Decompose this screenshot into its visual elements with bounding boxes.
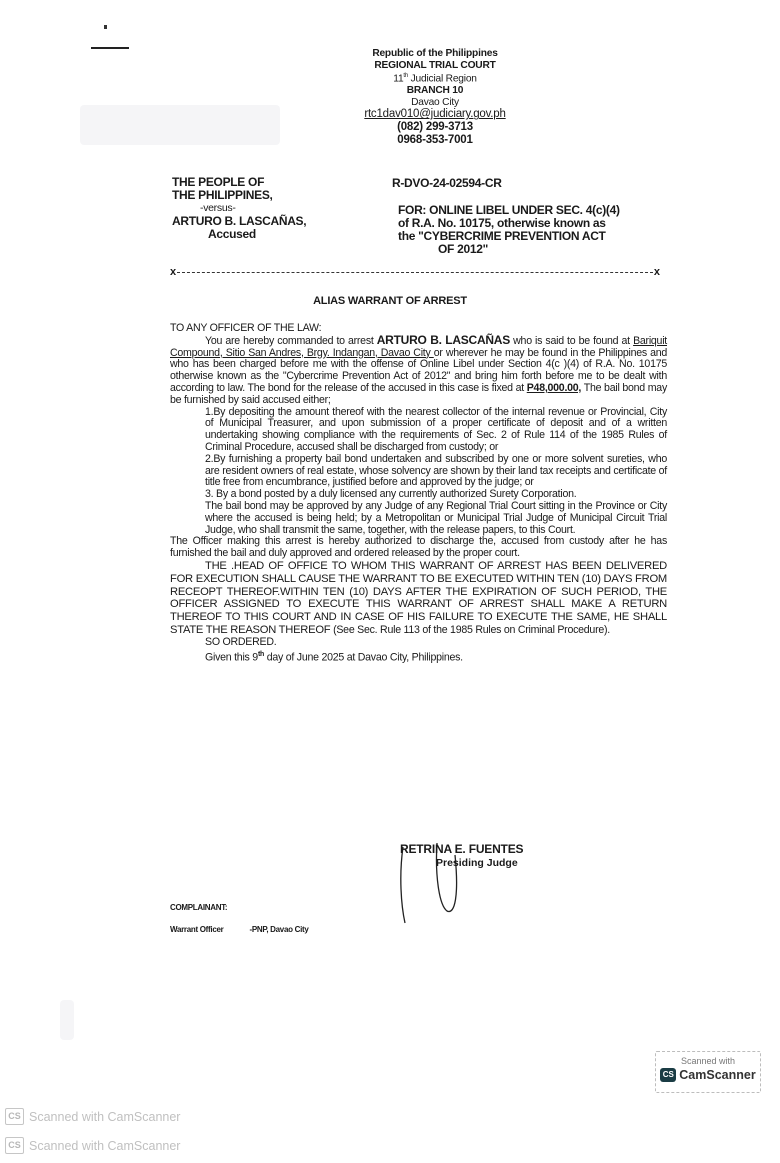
charge-description: FOR: ONLINE LIBEL UNDER SEC. 4(c)(4) of … xyxy=(398,204,658,256)
document-title: ALIAS WARRANT OF ARREST xyxy=(0,295,780,307)
plaintiff-line-2: THE PHILIPPINES, xyxy=(172,189,306,202)
footer-text: Scanned with CamScanner xyxy=(29,1110,180,1124)
text: who is said to be found at xyxy=(510,335,633,347)
court-header: Republic of the Philippines REGIONAL TRI… xyxy=(300,48,570,147)
warrant-body: TO ANY OFFICER OF THE LAW: You are hereb… xyxy=(170,323,667,664)
scan-smudge xyxy=(80,105,280,145)
complainant-officer: Warrant Officer xyxy=(170,925,223,934)
court-phone-landline: (082) 299-3713 xyxy=(300,121,570,134)
camscanner-logo-icon: CS xyxy=(660,1068,676,1082)
footer-text: Scanned with CamScanner xyxy=(29,1139,180,1153)
court-phone-mobile: 0968-353-7001 xyxy=(300,134,570,147)
text: You are hereby commanded to arrest xyxy=(205,335,377,347)
rule-reference: (See Sec. Rule 113 of the 1985 Rules on … xyxy=(330,624,610,636)
camscanner-footer: CS Scanned with CamScanner xyxy=(5,1108,180,1125)
given-text: day of June 2025 at Davao City, Philippi… xyxy=(264,651,463,663)
region-number: 11 xyxy=(393,74,403,85)
judicial-region: 11th Judicial Region xyxy=(300,71,570,85)
execution-instruction: THE .HEAD OF OFFICE TO WHOM THIS WARRANT… xyxy=(170,560,667,637)
branch: BRANCH 10 xyxy=(300,85,570,97)
bail-approval: The bail bond may be approved by any Jud… xyxy=(205,501,667,536)
bail-option-2: 2.By furnishing a property bail bond und… xyxy=(205,454,667,489)
officer-authorization: The Officer making this arrest is hereby… xyxy=(170,536,667,560)
given-date-line: Given this 9th day of June 2025 at Davao… xyxy=(170,649,667,664)
judge-name: RETRINA E. FUENTES xyxy=(400,842,523,856)
case-caption-parties: THE PEOPLE OF THE PHILIPPINES, -versus- … xyxy=(172,176,306,241)
bail-option-1: 1.By depositing the amount thereof with … xyxy=(205,407,667,454)
divider-right-x: x xyxy=(654,266,660,278)
camscanner-badge: Scanned with CS CamScanner xyxy=(655,1051,761,1093)
scan-smudge xyxy=(60,1000,74,1040)
divider-left-x: x xyxy=(170,266,176,278)
charge-line: the "CYBERCRIME PREVENTION ACT xyxy=(398,230,658,243)
scan-mark xyxy=(104,25,107,29)
court-name: REGIONAL TRIAL COURT xyxy=(300,60,570,72)
bail-options-list: 1.By depositing the amount thereof with … xyxy=(170,407,667,537)
case-number: R-DVO-24-02594-CR xyxy=(392,176,502,190)
complainant-label: COMPLAINANT: xyxy=(170,903,227,912)
command-paragraph: You are hereby commanded to arrest ARTUR… xyxy=(170,335,667,407)
scan-mark-line xyxy=(91,47,129,49)
divider-dashes xyxy=(177,272,653,273)
judge-block: RETRINA E. FUENTES Presiding Judge xyxy=(400,842,523,869)
given-text: Given this 9 xyxy=(205,651,258,663)
accused-name-inline: ARTURO B. LASCAÑAS xyxy=(377,333,510,347)
charge-line: OF 2012" xyxy=(398,243,658,256)
republic-line: Republic of the Philippines xyxy=(300,48,570,60)
complainant-info: Warrant Officer-PNP, Davao City xyxy=(170,925,309,934)
complainant-unit: -PNP, Davao City xyxy=(249,925,308,934)
badge-brand: CS CamScanner xyxy=(656,1068,760,1082)
court-email: rtc1dav010@judiciary.gov.ph xyxy=(300,108,570,121)
caption-divider: x x xyxy=(170,266,660,278)
bail-amount: P48,000.00, xyxy=(527,382,581,394)
camscanner-logo-icon: CS xyxy=(5,1137,24,1154)
accused-label: Accused xyxy=(172,228,306,241)
city: Davao City xyxy=(300,97,570,109)
so-ordered: SO ORDERED. xyxy=(170,637,667,649)
camscanner-footer: CS Scanned with CamScanner xyxy=(5,1137,180,1154)
badge-scanned-with: Scanned with xyxy=(656,1056,760,1066)
region-text: Judicial Region xyxy=(408,74,477,85)
judge-title: Presiding Judge xyxy=(400,857,523,869)
badge-brand-text: CamScanner xyxy=(679,1068,755,1082)
camscanner-logo-icon: CS xyxy=(5,1108,24,1125)
